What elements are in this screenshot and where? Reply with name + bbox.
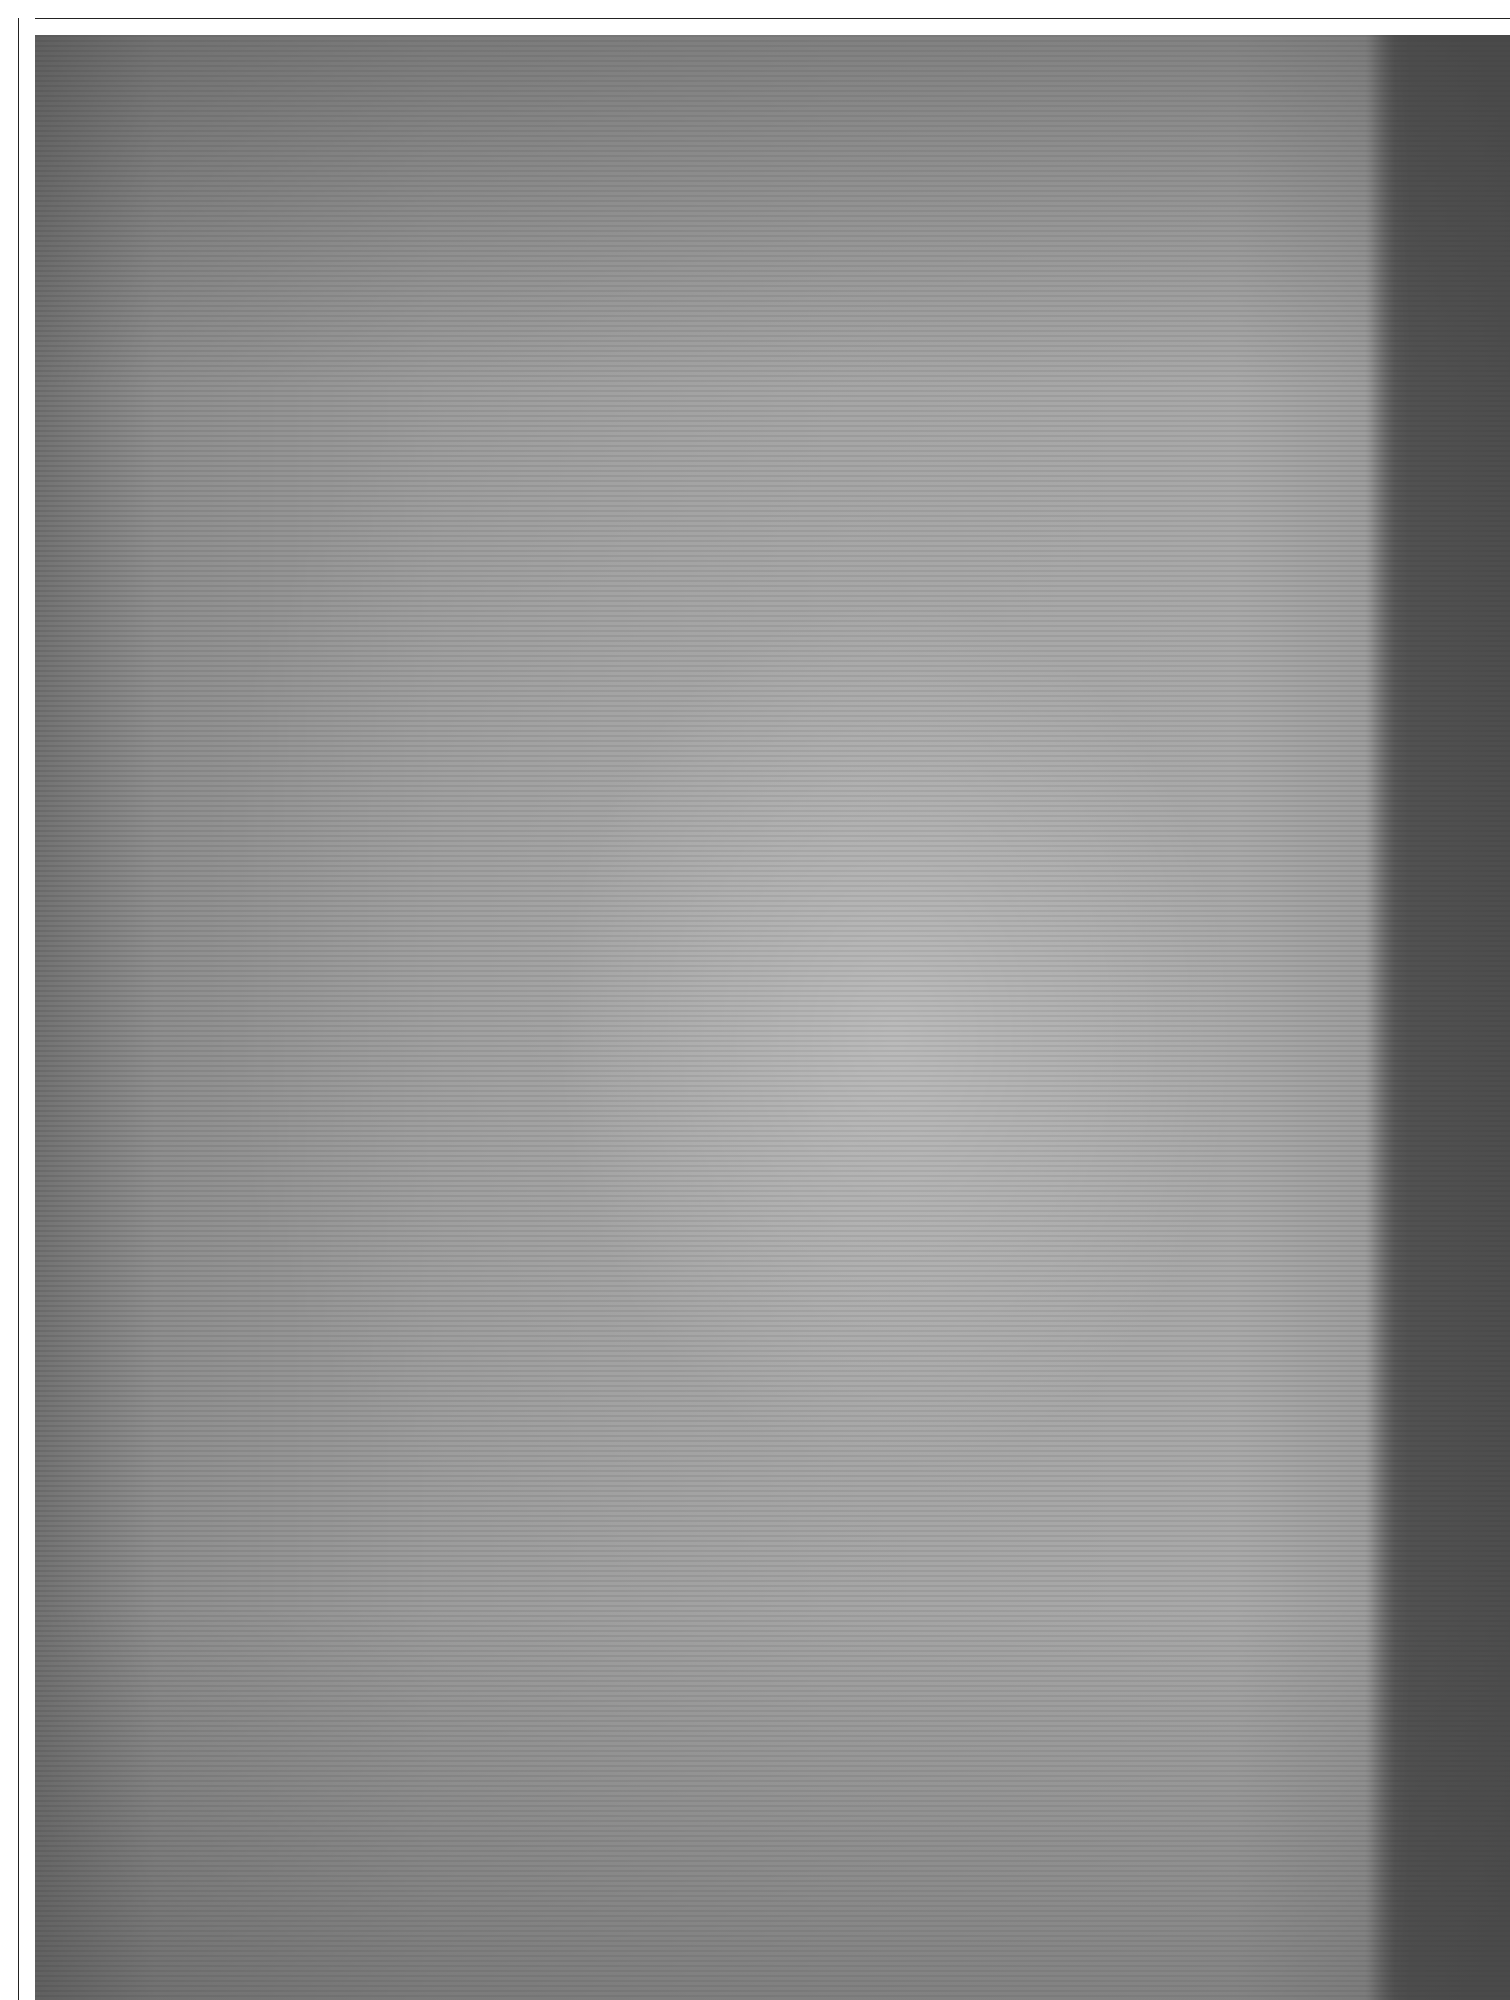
top-ruler-baseline — [18, 18, 1510, 19]
page-edge-shadow — [1370, 35, 1510, 2000]
left-ruler — [0, 0, 35, 2000]
left-ruler-baseline — [18, 18, 19, 2000]
top-ruler — [0, 0, 1510, 35]
scanned-document-image — [35, 35, 1510, 2000]
vignette-shading — [35, 35, 1510, 2000]
